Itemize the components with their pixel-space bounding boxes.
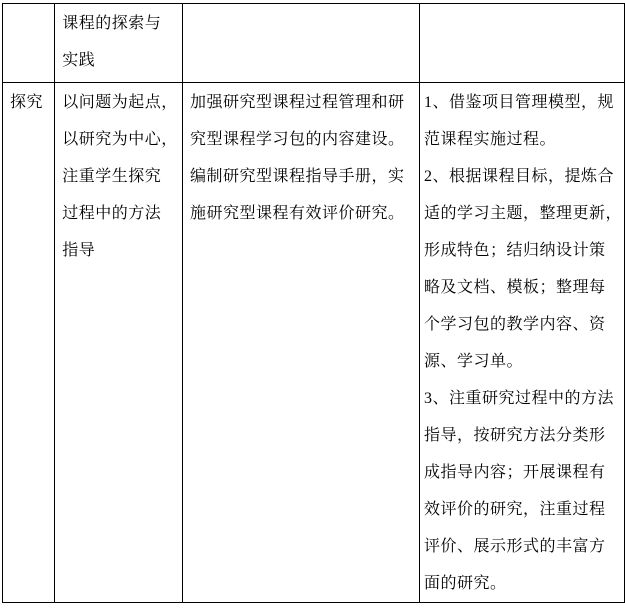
cell-category-inquiry: 探究 bbox=[3, 83, 55, 603]
cell-measures-continued bbox=[183, 4, 420, 83]
table-row: 探究 以问题为起点， 以研究为中心， 注重学生探究 过程中的方法 指导 加强研究… bbox=[3, 83, 625, 603]
table-row: 课程的探索与 实践 bbox=[3, 4, 625, 83]
cell-details-continued bbox=[419, 4, 624, 83]
cell-inquiry-measures: 加强研究型课程过程管理和研 究型课程学习包的内容建设。 编制研究型课程指导手册，… bbox=[183, 83, 420, 603]
cell-goal-continued: 课程的探索与 实践 bbox=[55, 4, 183, 83]
curriculum-table: 课程的探索与 实践 探究 以问题为起点， 以研究为中心， 注重学生探究 过程中的… bbox=[2, 3, 625, 603]
cell-category-continued bbox=[3, 4, 55, 83]
cell-inquiry-goal: 以问题为起点， 以研究为中心， 注重学生探究 过程中的方法 指导 bbox=[55, 83, 183, 603]
cell-inquiry-details: 1、借鉴项目管理模型，规 范课程实施过程。 2、根据课程目标，提炼合 适的学习主… bbox=[419, 83, 624, 603]
